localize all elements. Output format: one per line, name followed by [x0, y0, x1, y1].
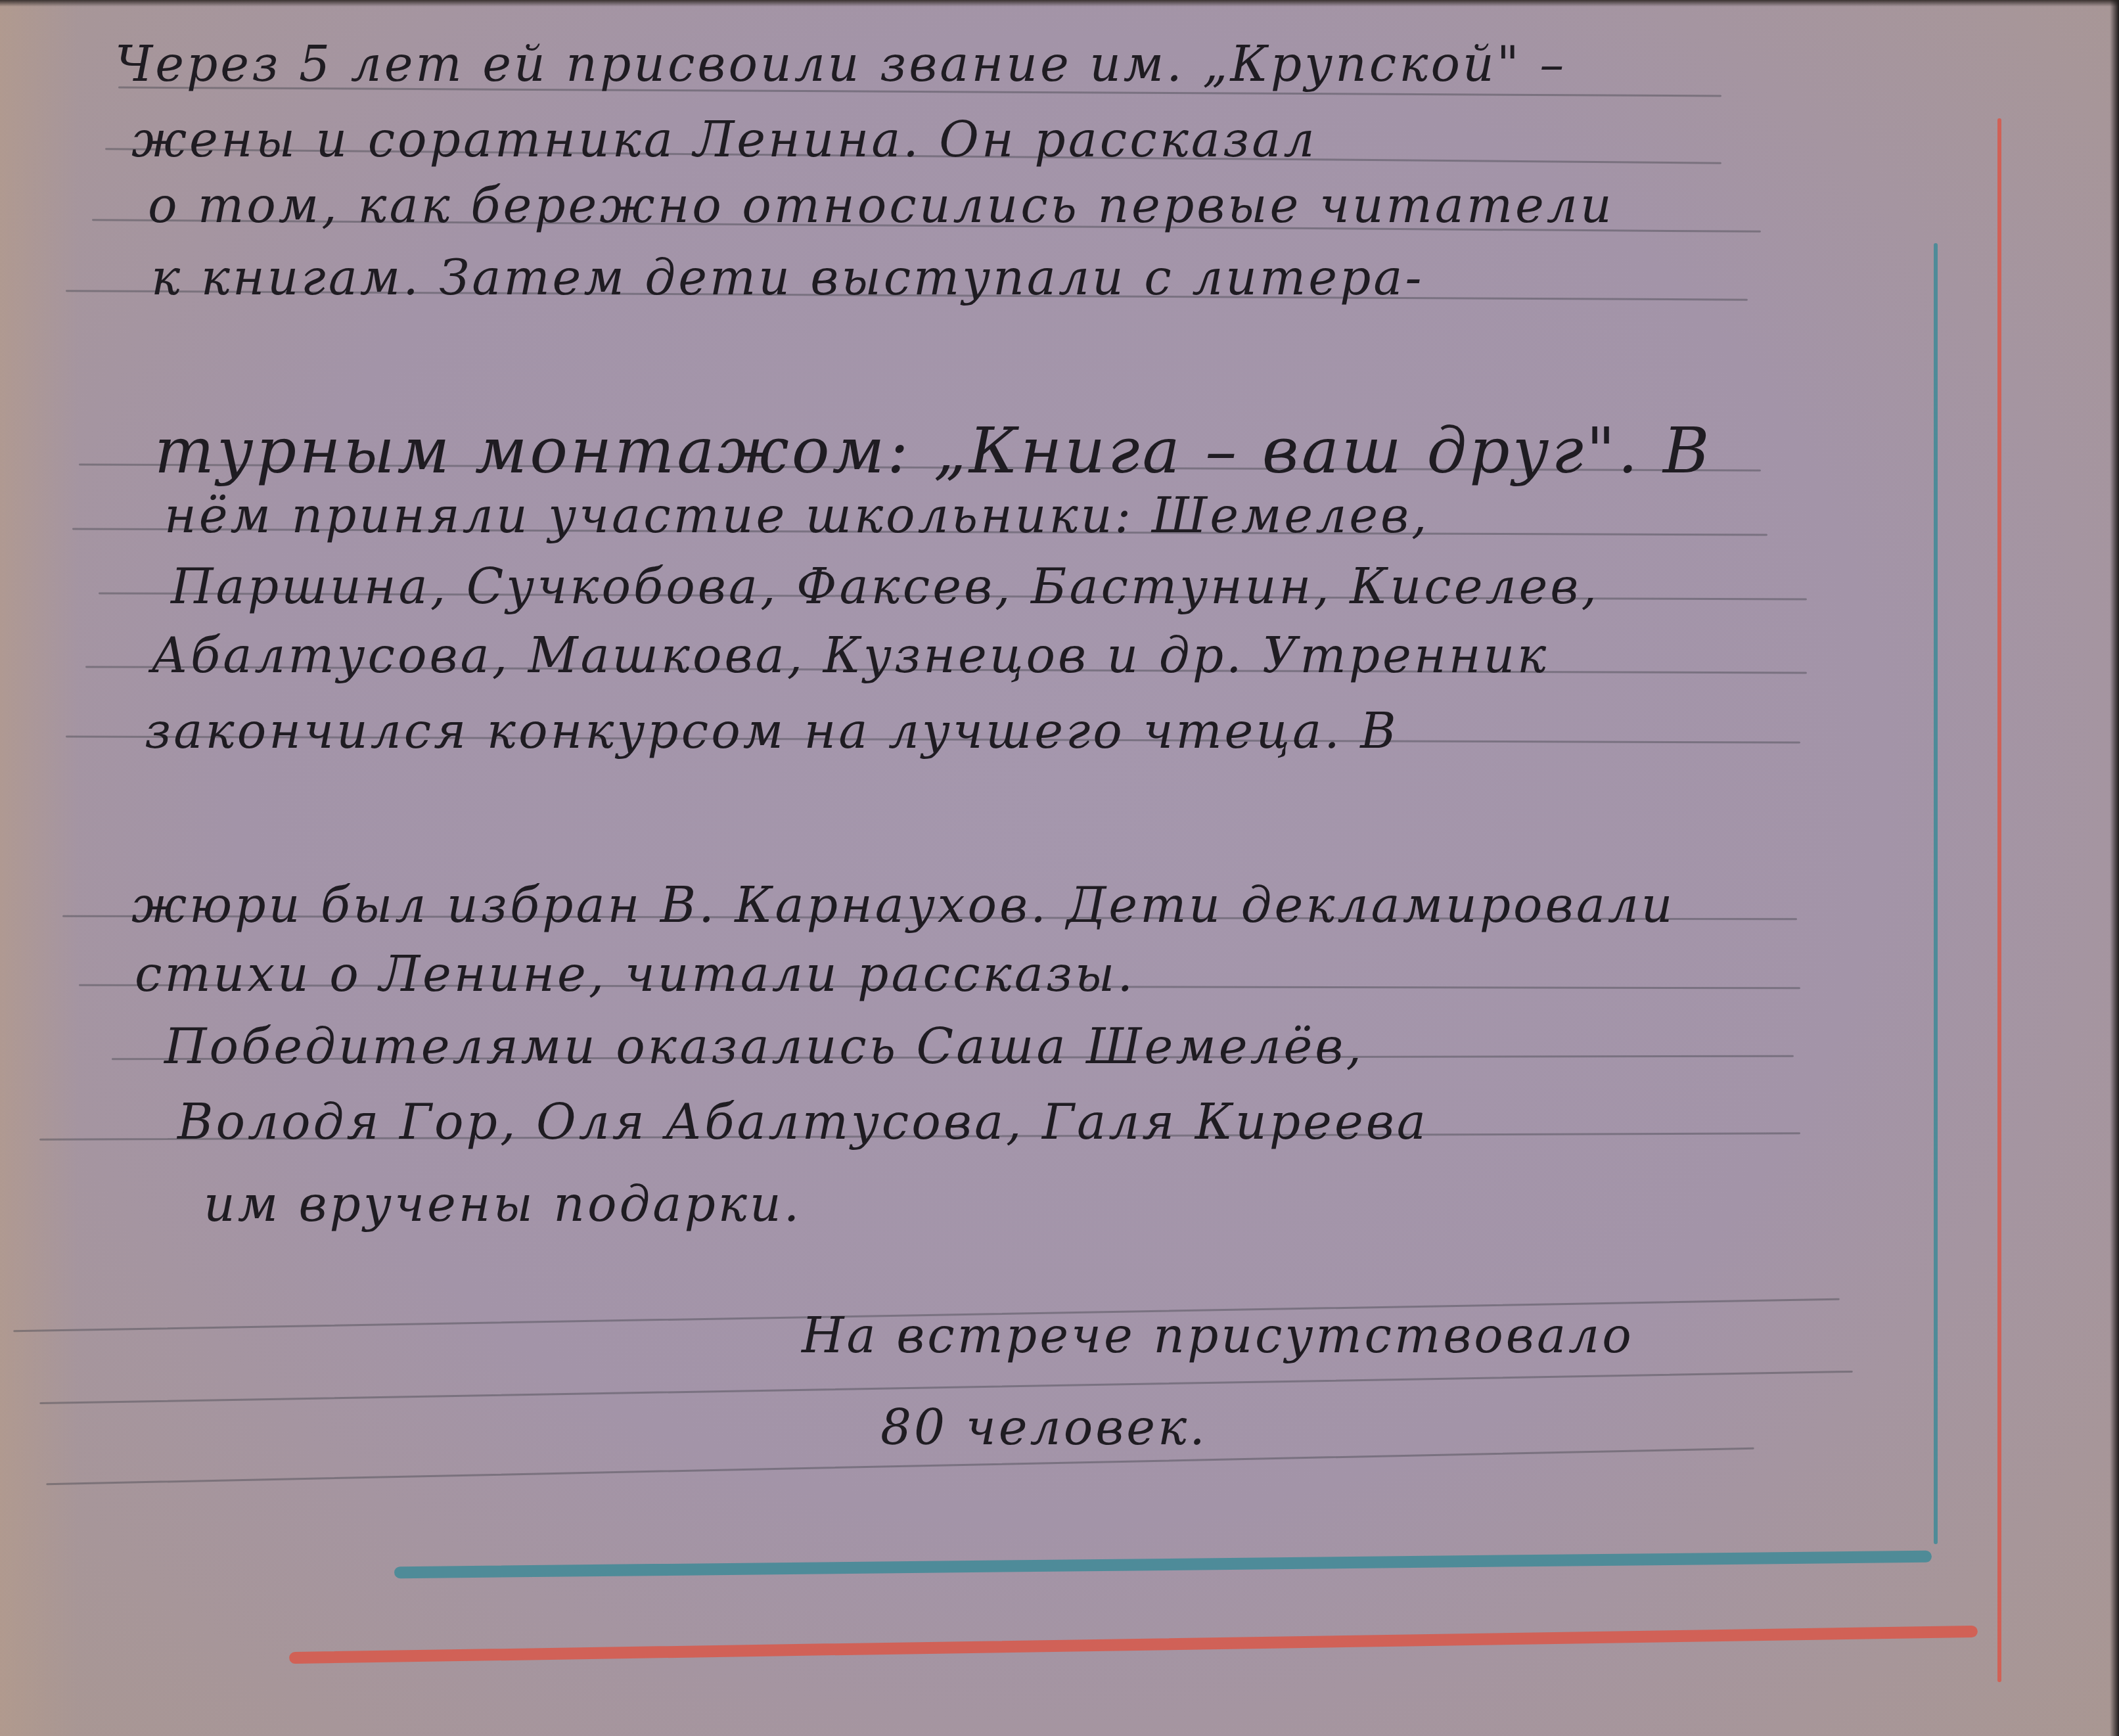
handwritten-line-7: Паршина, Сучкобова, Факсев, Бастунин, Ки…: [171, 559, 1599, 615]
handwritten-line-5: турным монтажом: „Книга – ваш друг". В: [154, 414, 1712, 488]
paper-page: Через 5 лет ей присвоили звание им. „Кру…: [0, 0, 2119, 1736]
handwritten-line-9: закончился конкурсом на лучшего чтеца. В: [145, 703, 1399, 760]
handwritten-line-3: о том, как бережно относились первые чит…: [148, 177, 1614, 234]
handwritten-line-11: стихи о Ленине, читали рассказы.: [135, 946, 1135, 1003]
handwritten-line-12: Победителями оказались Саша Шемелёв,: [164, 1018, 1364, 1075]
photo-edge-top: [0, 0, 2119, 7]
margin-line-red-horizontal: [289, 1626, 1978, 1664]
handwritten-line-16: 80 человек.: [880, 1400, 1208, 1456]
margin-line-blue-horizontal: [394, 1551, 1932, 1579]
photo-edge-right: [2110, 0, 2119, 1736]
handwritten-line-4: к книгам. Затем дети выступали с литера-: [151, 250, 1424, 306]
margin-line-blue-vertical: [1934, 243, 1938, 1544]
handwritten-line-1: Через 5 лет ей присвоили звание им. „Кру…: [115, 36, 1566, 93]
handwritten-line-10: жюри был избран В. Карнаухов. Дети декла…: [131, 877, 1675, 934]
handwritten-line-6: нём приняли участие школьники: Шемелев,: [164, 488, 1430, 544]
handwritten-line-13: Володя Гор, Оля Абалтусова, Галя Киреева: [177, 1094, 1428, 1151]
handwritten-line-8: Абалтусова, Машкова, Кузнецов и др. Утре…: [151, 628, 1549, 684]
handwritten-line-14: им вручены подарки.: [204, 1176, 802, 1233]
paper-edge-shade: [0, 0, 79, 1736]
handwritten-line-2: жены и соратника Ленина. Он рассказал: [131, 112, 1317, 168]
margin-line-red-vertical: [1997, 118, 2001, 1682]
handwritten-line-15: На встрече присутствовало: [802, 1308, 1634, 1364]
